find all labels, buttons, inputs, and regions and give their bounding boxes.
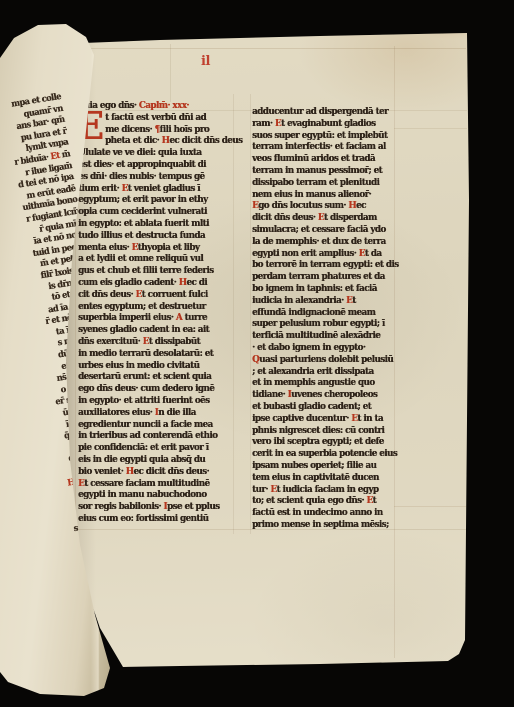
ruling-line-horizontal-top (60, 48, 466, 49)
text-line: menta eius· Ethyopia et liby (78, 242, 223, 254)
text-line: Quasi parturiens dolebit pelusiū (252, 354, 384, 366)
text-line: sor regis babilonis· Ipse et pplus (78, 501, 223, 513)
text-line: in trieribus ad conterendā ethio (78, 430, 223, 442)
text-line: tidiane· Iuvenes cheropoleos (252, 389, 384, 401)
text-line: dissipabo terram et plenitudi (252, 177, 384, 189)
text-line: me dicens· ¶fili hoīs pro (105, 124, 226, 136)
text-line: bo terrorē in terram egypti: et dis (252, 259, 384, 271)
text-line: egredientur nuncii a facie mea (78, 419, 223, 431)
text-line: terram interfectis· et faciam al (252, 141, 384, 153)
text-line: urbes eius in medio civitatū (78, 360, 223, 372)
text-line: dicit dn̄s deus· Et disperdam (252, 212, 384, 224)
text-line: ram· Et evaginabunt gladios (252, 118, 384, 130)
text-line: eius cum eo: fortissimi gentiū (78, 513, 223, 525)
text-line: bio veniet· Hec dicit dn̄s deus· (78, 466, 223, 478)
text-line: in medio terrarū desolatarū: et (78, 348, 223, 360)
text-column-left: E quia ego dn̄s· Caplm̄· xxx·t factū est… (78, 100, 236, 525)
text-line: Ululate ve ve diei: quia iuxta (78, 147, 223, 159)
text-line: factū est in undecimo anno in (252, 507, 384, 519)
text-line: ipse captive ducentur· Et in ta (252, 413, 384, 425)
text-line: terficiā multitudinē alexādrie (252, 330, 384, 342)
text-line: ; et alexandria erit dissipata (252, 366, 384, 378)
text-line: Et cessare faciam multitudinē (78, 478, 223, 490)
text-line: · et dabo ignem in egypto· (252, 342, 384, 354)
text-line: superbia imperii eius· A turre (78, 312, 223, 324)
text-line: egypti in manu nabuchodono (78, 489, 223, 501)
text-line: et bubasti gladio cadent; et (252, 401, 384, 413)
text-line: cum eis gladio cadent· Hec di (78, 277, 223, 289)
text-line: la de memphis· et dux de terra (252, 236, 384, 248)
ruling-line-horizontal-right (394, 128, 467, 129)
ruling-line-vertical-header (170, 44, 171, 102)
text-line: adducentur ad dispergendā ter (252, 106, 384, 118)
text-line: in egypto: et ablata fuerit mlti (78, 218, 223, 230)
text-line: eis in die egypti quia absq̄ du (78, 454, 223, 466)
text-line: in egypto· et attriti fuerint oēs (78, 395, 223, 407)
text-line: auxiliatores eius· In die illa (78, 407, 223, 419)
text-line: egyptum; et erit pavor in ethy (78, 194, 223, 206)
text-line: phnis nigrescet dies: cū contri (252, 425, 384, 437)
text-line: perdam terram phatures et da (252, 271, 384, 283)
ruling-line-vertical-gutter-right (250, 94, 251, 534)
text-line: t factū est verbū dn̄i ad (105, 112, 226, 124)
text-line: tem eius in captivitatē ducen (252, 472, 384, 484)
text-line: iudicia in alexandria· Et (252, 295, 384, 307)
folio-mark: il (201, 54, 210, 69)
text-line: es dn̄i· dies nubis· tempus gē (78, 171, 223, 183)
text-line: cit dn̄s deus· Et corruent fulci (78, 289, 223, 301)
text-line: effundā indignacionē meam (252, 307, 384, 319)
text-line: tur· Et iudicia faciam in egyp (252, 484, 384, 496)
text-line: tudo illius et destructa funda (78, 230, 223, 242)
text-line: nem eius in manus alienor̄· (252, 189, 384, 201)
text-line: to; et scient quia ego dn̄s· Et (252, 495, 384, 507)
text-line: desertarū erunt: et scient quia (78, 371, 223, 383)
text-line: est dies· et appropinquabit di (78, 159, 223, 171)
text-line: cerit in ea superbia potencie eius (252, 448, 384, 460)
text-line: ipsam nubes operiet; filie au (252, 460, 384, 472)
ruling-line-horizontal-bottom-right (394, 506, 466, 507)
text-line: simulacra; et cessare faciā ydo (252, 224, 384, 236)
text-line: veos fluminū aridos et tradā (252, 153, 384, 165)
text-line: pheta et dic· Hec dicit dn̄s deus (105, 135, 226, 147)
text-line: super pelusium robur egypti; ī (252, 318, 384, 330)
text-line: egypti non erit amplius· Et da (252, 248, 384, 260)
text-line: et in memphis angustie quo (252, 377, 384, 389)
text-line: quia ego dn̄s· Caplm̄· xxx· (78, 100, 223, 112)
text-line: vero ibi sceptra egypti; et defe (252, 436, 384, 448)
text-line: dn̄s exercituū· Et dissipabūt (78, 336, 223, 348)
text-line: ego dn̄s deus· cum dedero ignē (78, 383, 223, 395)
text-line: Ego dn̄s locutus sum· Hec (252, 200, 384, 212)
text-line: tium erit· Et veniet gladius ī (78, 183, 223, 195)
text-line: gus et chub et filii terre federis (78, 265, 223, 277)
text-line: pie confidenciā: et erit pavor ī (78, 442, 223, 454)
text-line: bo ignem in taphnis: et faciā (252, 283, 384, 295)
text-column-right: adducentur ad dispergendā terram· Et eva… (252, 106, 396, 531)
text-line: primo mense in septima mēsis; (252, 519, 384, 531)
photo-background: il E quia ego dn̄s· Caplm̄· xxx·t factū … (0, 0, 514, 707)
text-line: terram in manus pessimor̄; et (252, 165, 384, 177)
text-line: a et lydii et omne reliquū vul (78, 253, 223, 265)
text-line: suos super egyptū: et implebūt (252, 130, 384, 142)
text-line: opia cum ceciderint vulnerati (78, 206, 223, 218)
text-line: entes egyptum; et destruetur (78, 301, 223, 313)
text-line: syenes gladio cadent in ea: ait (78, 324, 223, 336)
